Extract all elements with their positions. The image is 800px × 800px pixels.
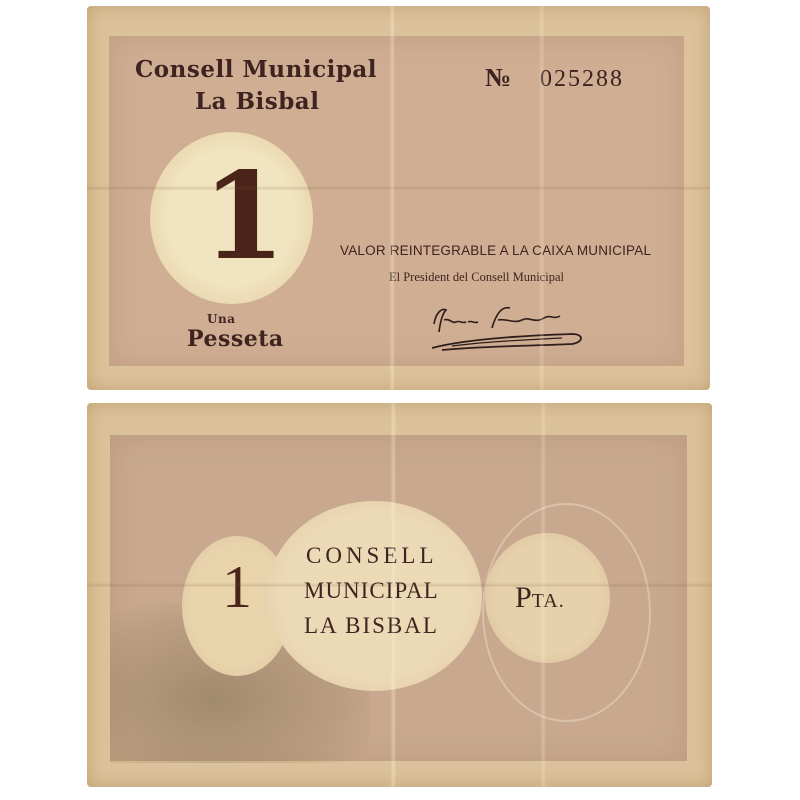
denomination-word-una: Una [207, 312, 235, 326]
serial-label: № [485, 63, 511, 93]
denomination-word-pesseta: Pesseta [187, 326, 284, 352]
banknote-front: Consell Municipal La Bisbal № 025288 1 V… [87, 6, 710, 390]
redeemable-text: VALOR REINTEGRABLE A LA CAIXA MUNICIPAL [340, 243, 651, 258]
serial-number: 025288 [540, 66, 624, 93]
currency-abbreviation: PTA. [515, 581, 565, 615]
currency-initial: P [515, 581, 532, 614]
signatory-title: El President del Consell Municipal [389, 270, 564, 285]
front-issuer-line2: La Bisbal [195, 88, 319, 115]
embossed-seal [482, 503, 651, 722]
back-denomination-numeral: 1 [222, 553, 252, 622]
back-issuer-line2: MUNICIPAL [304, 578, 439, 604]
front-denomination-numeral: 1 [202, 146, 286, 287]
signature-icon [422, 294, 592, 354]
currency-rest: TA. [532, 590, 565, 612]
back-issuer-line1: CONSELL [306, 543, 438, 569]
back-issuer-line3: LA BISBAL [304, 613, 439, 639]
banknote-back: 1 CONSELL MUNICIPAL LA BISBAL PTA. [87, 403, 712, 787]
front-issuer-line1: Consell Municipal [135, 56, 377, 83]
